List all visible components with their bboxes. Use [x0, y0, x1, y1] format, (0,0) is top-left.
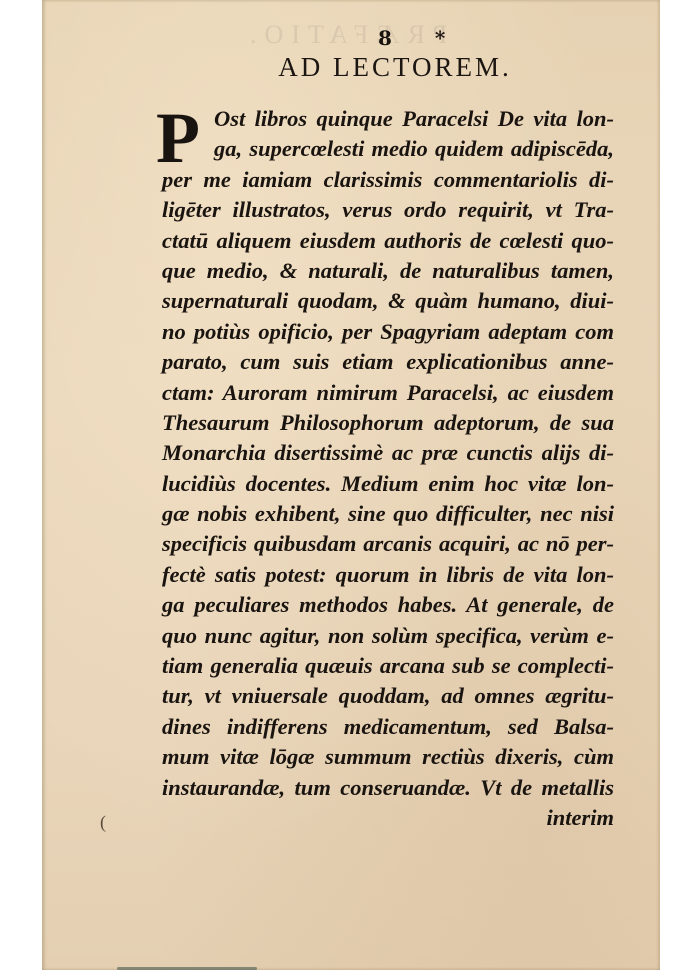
page-heading: AD LECTOREM.	[42, 52, 660, 83]
text-line: mum vitæ lōgæ summum rectiùs dixeris, cù…	[162, 742, 614, 772]
text-line: per me iamiam clarissimis commentariolis…	[162, 165, 614, 195]
text-line: tiam generalia quæuis arcana sub se comp…	[162, 651, 614, 681]
signature-mark: 8 *	[378, 26, 463, 50]
margin-mark: (	[100, 812, 106, 833]
book-page: PRÆFATIO. 8 * AD LECTOREM. P Ost libros …	[42, 0, 660, 970]
text-line: Thesaurum Philosophorum adeptorum, de su…	[162, 408, 614, 438]
text-line: lucidiùs docentes. Medium enim hoc vitæ …	[162, 469, 614, 499]
text-line: ga, supercœlesti medio quidem adipiscēda…	[162, 134, 614, 164]
drop-cap: P	[156, 108, 200, 168]
text-line: que medio, & naturali, de naturalibus ta…	[162, 256, 614, 286]
text-line: ctatū aliquem eiusdem authoris de cœlest…	[162, 226, 614, 256]
body-text: P Ost libros quinque Paracelsi De vita l…	[162, 104, 614, 833]
text-line: instaurandæ, tum conseruandæ. Vt de meta…	[162, 773, 614, 803]
text-line: Monarchia disertissimè ac præ cunctis al…	[162, 438, 614, 468]
catchword: interim	[162, 803, 614, 833]
text-line: gæ nobis exhibent, sine quo difficulter,…	[162, 499, 614, 529]
text-line: fectè satis potest: quorum in libris de …	[162, 560, 614, 590]
text-line: specificis quibusdam arcanis acquiri, ac…	[162, 529, 614, 559]
text-line: no potiùs opificio, per Spagyriam adepta…	[162, 317, 614, 347]
text-line: supernaturali quodam, & quàm humano, diu…	[162, 286, 614, 316]
text-line: ligēter illustratos, verus ordo requirit…	[162, 195, 614, 225]
text-line: quo nunc agitur, non solùm specifica, ve…	[162, 621, 614, 651]
text-line: ga peculiares methodos habes. At general…	[162, 590, 614, 620]
text-line: tur, vt vniuersale quoddam, ad omnes ægr…	[162, 681, 614, 711]
text-line: parato, cum suis etiam explicationibus a…	[162, 347, 614, 377]
text-line: Ost libros quinque Paracelsi De vita lon…	[162, 104, 614, 134]
text-line: ctam: Auroram nimirum Paracelsi, ac eius…	[162, 378, 614, 408]
text-line: dines indifferens medicamentum, sed Bals…	[162, 712, 614, 742]
